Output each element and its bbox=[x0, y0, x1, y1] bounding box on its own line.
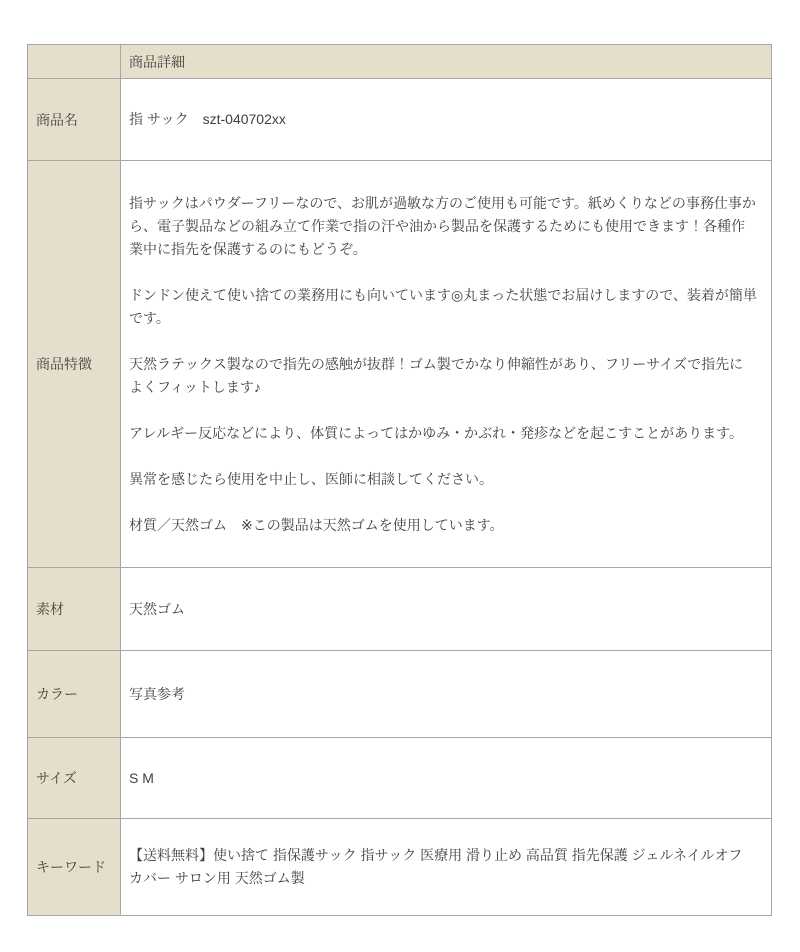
features-paragraph: 天然ラテックス製なので指先の感触が抜群！ゴム製でかなり伸縮性があり、フリーサイズ… bbox=[129, 353, 757, 399]
features-paragraph: 指サックはパウダーフリーなので、お肌が過敏な方のご使用も可能です。紙めくりなどの… bbox=[129, 192, 757, 261]
table-header-row: 商品詳細 bbox=[28, 45, 772, 79]
row-value-name: 指 サック szt-040702xx bbox=[121, 79, 772, 161]
row-label-color: カラー bbox=[28, 651, 121, 738]
table-row-size: サイズ S M bbox=[28, 738, 772, 819]
table-row-keywords: キーワード 【送料無料】使い捨て 指保護サック 指サック 医療用 滑り止め 高品… bbox=[28, 819, 772, 916]
page: 商品詳細 商品名 指 サック szt-040702xx 商品特徴 指サックはパウ… bbox=[0, 0, 800, 952]
table-row-material: 素材 天然ゴム bbox=[28, 568, 772, 651]
table-title: 商品詳細 bbox=[121, 45, 772, 79]
row-label-features: 商品特徴 bbox=[28, 161, 121, 568]
table-row-color: カラー 写真参考 bbox=[28, 651, 772, 738]
row-label-size: サイズ bbox=[28, 738, 121, 819]
features-paragraph: 異常を感じたら使用を中止し、医師に相談してください。 bbox=[129, 468, 757, 491]
row-value-features: 指サックはパウダーフリーなので、お肌が過敏な方のご使用も可能です。紙めくりなどの… bbox=[121, 161, 772, 568]
row-value-material: 天然ゴム bbox=[121, 568, 772, 651]
features-paragraph: アレルギー反応などにより、体質によってはかゆみ・かぶれ・発疹などを起こすことがあ… bbox=[129, 422, 757, 445]
table-row-features: 商品特徴 指サックはパウダーフリーなので、お肌が過敏な方のご使用も可能です。紙め… bbox=[28, 161, 772, 568]
row-label-material: 素材 bbox=[28, 568, 121, 651]
row-label-name: 商品名 bbox=[28, 79, 121, 161]
row-value-size: S M bbox=[121, 738, 772, 819]
header-empty-cell bbox=[28, 45, 121, 79]
row-value-color: 写真参考 bbox=[121, 651, 772, 738]
product-detail-table: 商品詳細 商品名 指 サック szt-040702xx 商品特徴 指サックはパウ… bbox=[27, 44, 772, 916]
table-row-name: 商品名 指 サック szt-040702xx bbox=[28, 79, 772, 161]
features-paragraph: ドンドン使えて使い捨ての業務用にも向いています◎丸まった状態でお届けしますので、… bbox=[129, 284, 757, 330]
row-value-keywords: 【送料無料】使い捨て 指保護サック 指サック 医療用 滑り止め 高品質 指先保護… bbox=[121, 819, 772, 916]
features-paragraph: 材質／天然ゴム ※この製品は天然ゴムを使用しています。 bbox=[129, 514, 757, 537]
row-label-keywords: キーワード bbox=[28, 819, 121, 916]
